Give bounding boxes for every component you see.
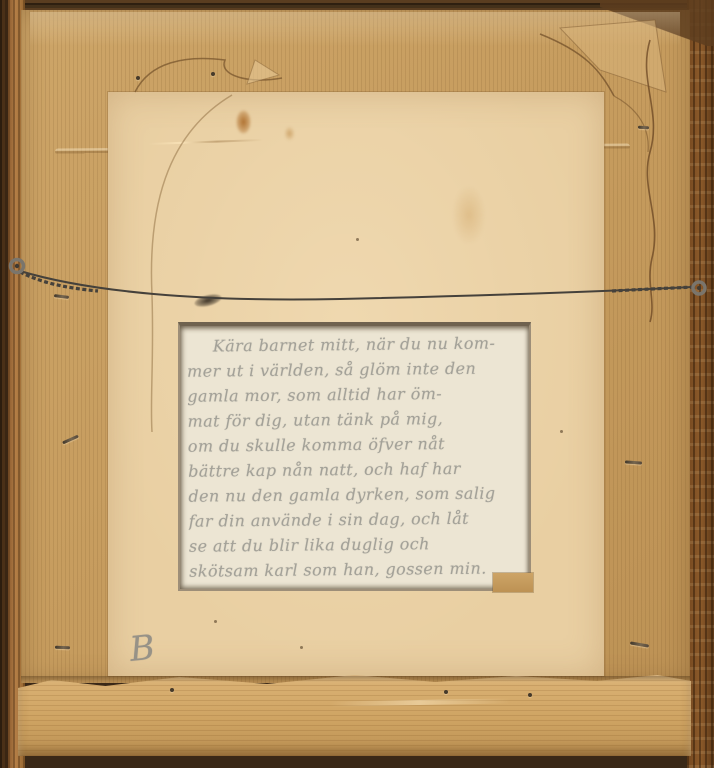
nail-hole bbox=[136, 76, 140, 80]
stain bbox=[284, 126, 295, 141]
note-line: Kära barnet mitt, när du nu kom- bbox=[187, 330, 521, 358]
note-line: mer ut i världen, så glöm inte den bbox=[187, 355, 521, 383]
note-line: se att du blir lika duglig och bbox=[189, 530, 523, 558]
stain bbox=[452, 185, 486, 245]
pencil-mark-b: B bbox=[128, 626, 173, 676]
speck bbox=[214, 620, 217, 623]
speck bbox=[560, 430, 563, 433]
note-line: om du skulle komma öfver nåt bbox=[188, 430, 522, 458]
speck bbox=[356, 238, 359, 241]
bottom-wood-strip bbox=[18, 672, 691, 756]
frame-back-photo: Kära barnet mitt, när du nu kom- mer ut … bbox=[0, 0, 714, 768]
nail-hole bbox=[170, 688, 174, 692]
note-window: Kära barnet mitt, när du nu kom- mer ut … bbox=[178, 322, 531, 591]
note-line: gamla mor, som alltid har öm- bbox=[187, 380, 521, 408]
nail-hole bbox=[444, 690, 448, 694]
nail bbox=[55, 646, 70, 650]
stain bbox=[236, 110, 251, 134]
note-line: far din använde i sin dag, och låt bbox=[189, 505, 523, 533]
frame-right-edge-wood bbox=[687, 0, 714, 768]
note-line: den nu den gamla dyrken, som salig bbox=[188, 480, 522, 508]
nail-hole bbox=[528, 693, 532, 697]
note-line: skötsam karl som han, gossen min. bbox=[189, 555, 523, 583]
tape-sheen bbox=[30, 12, 680, 46]
note-line: bättre kap nån natt, och haf har bbox=[188, 455, 522, 483]
handwritten-note: Kära barnet mitt, när du nu kom- mer ut … bbox=[187, 330, 524, 583]
strip-top-shadow bbox=[21, 676, 690, 682]
nail-hole bbox=[211, 72, 215, 76]
speck bbox=[300, 646, 303, 649]
tape-patch bbox=[493, 573, 533, 592]
note-line: mat för dig, utan tänk på mig, bbox=[187, 405, 521, 433]
